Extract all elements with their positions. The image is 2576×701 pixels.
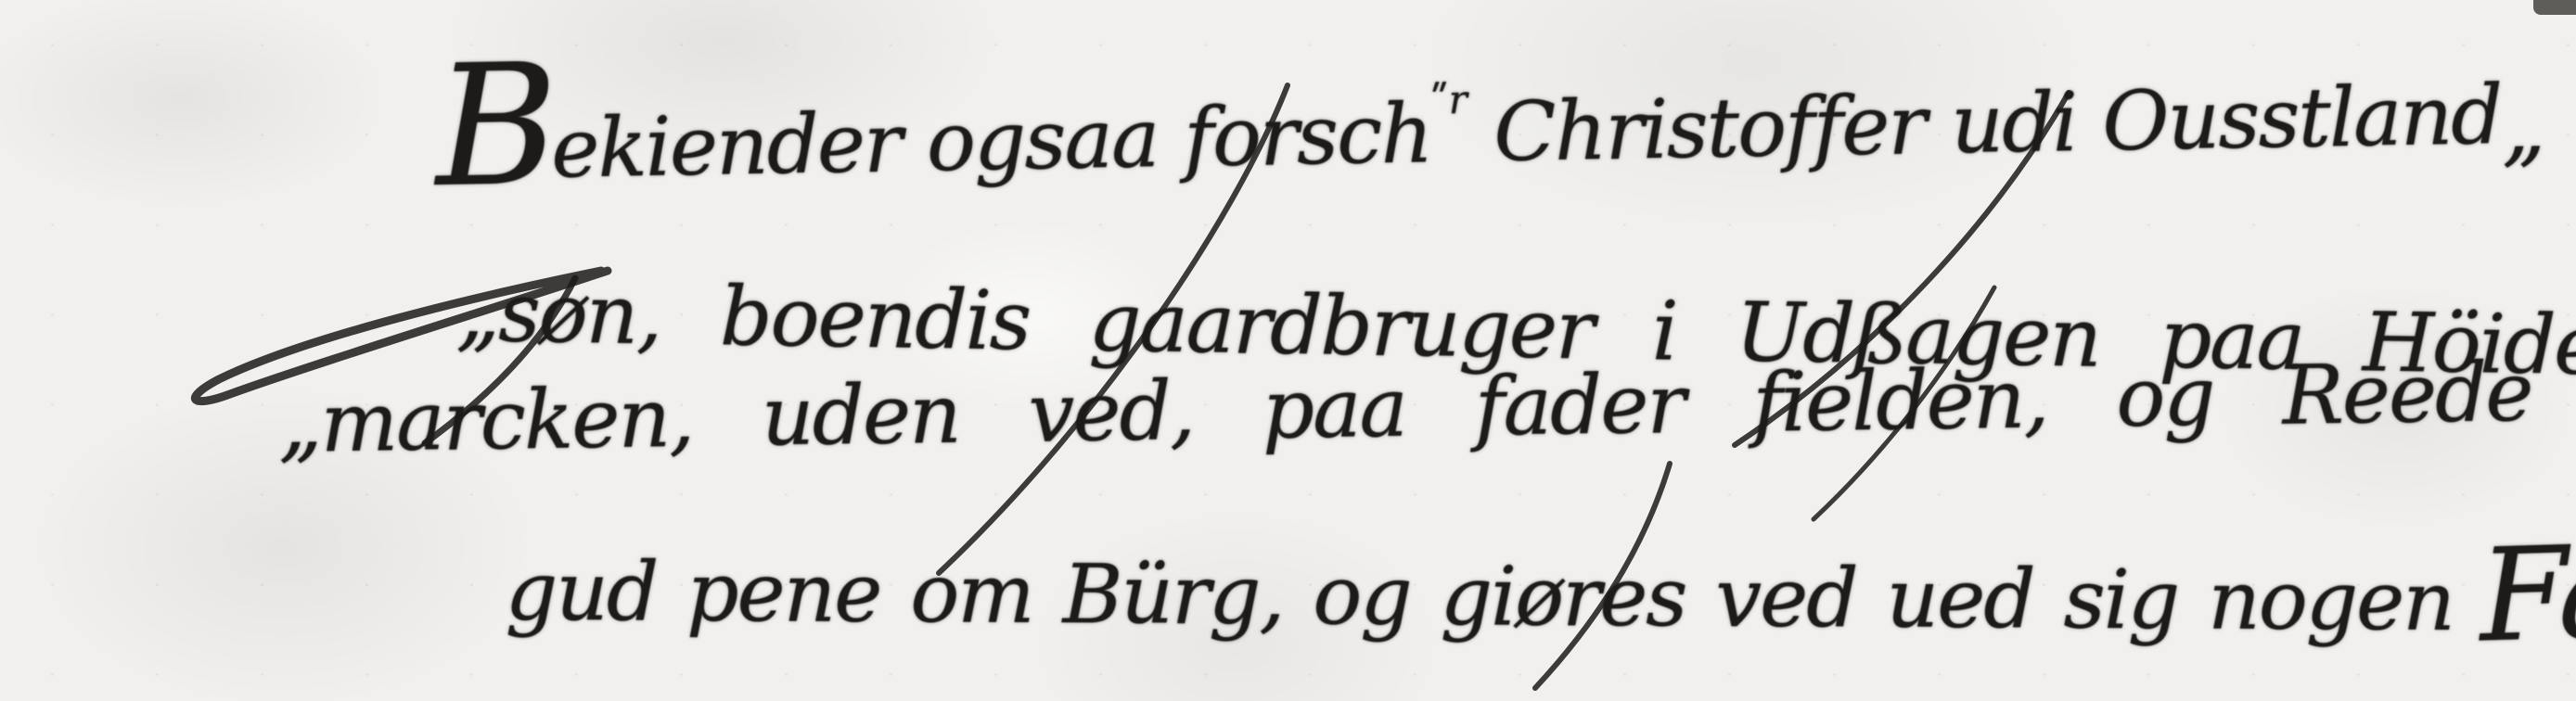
line2-start-continuation-mark: „ bbox=[455, 261, 499, 362]
line1-continuation-mark: „ bbox=[2501, 76, 2545, 176]
manuscript-line-4: gud pene om Bürg, og giøres ved ued sig … bbox=[506, 501, 2576, 662]
final-word-flourished: Fallig. bbox=[2478, 510, 2576, 670]
scan-artifact-top-right bbox=[2533, 0, 2576, 15]
manuscript-scan: Bekiender ogsaa forschʺr Christoffer udi… bbox=[0, 0, 2576, 701]
initial-capital: B bbox=[436, 126, 557, 128]
line1-text-post: Christoffer udi Ousstland bbox=[1467, 67, 2503, 180]
line4-text: gud pene om Bürg, og giøres ved ued sig … bbox=[506, 543, 2454, 649]
manuscript-line-1: Bekiender ogsaa forschʺr Christoffer udi… bbox=[435, 63, 2544, 199]
line1-text-pre: ekiender ogsaa forsch bbox=[550, 85, 1432, 197]
superscript-abbreviation-mark: ʺr bbox=[1430, 77, 1467, 123]
line3-start-continuation-mark: „ bbox=[277, 372, 321, 472]
